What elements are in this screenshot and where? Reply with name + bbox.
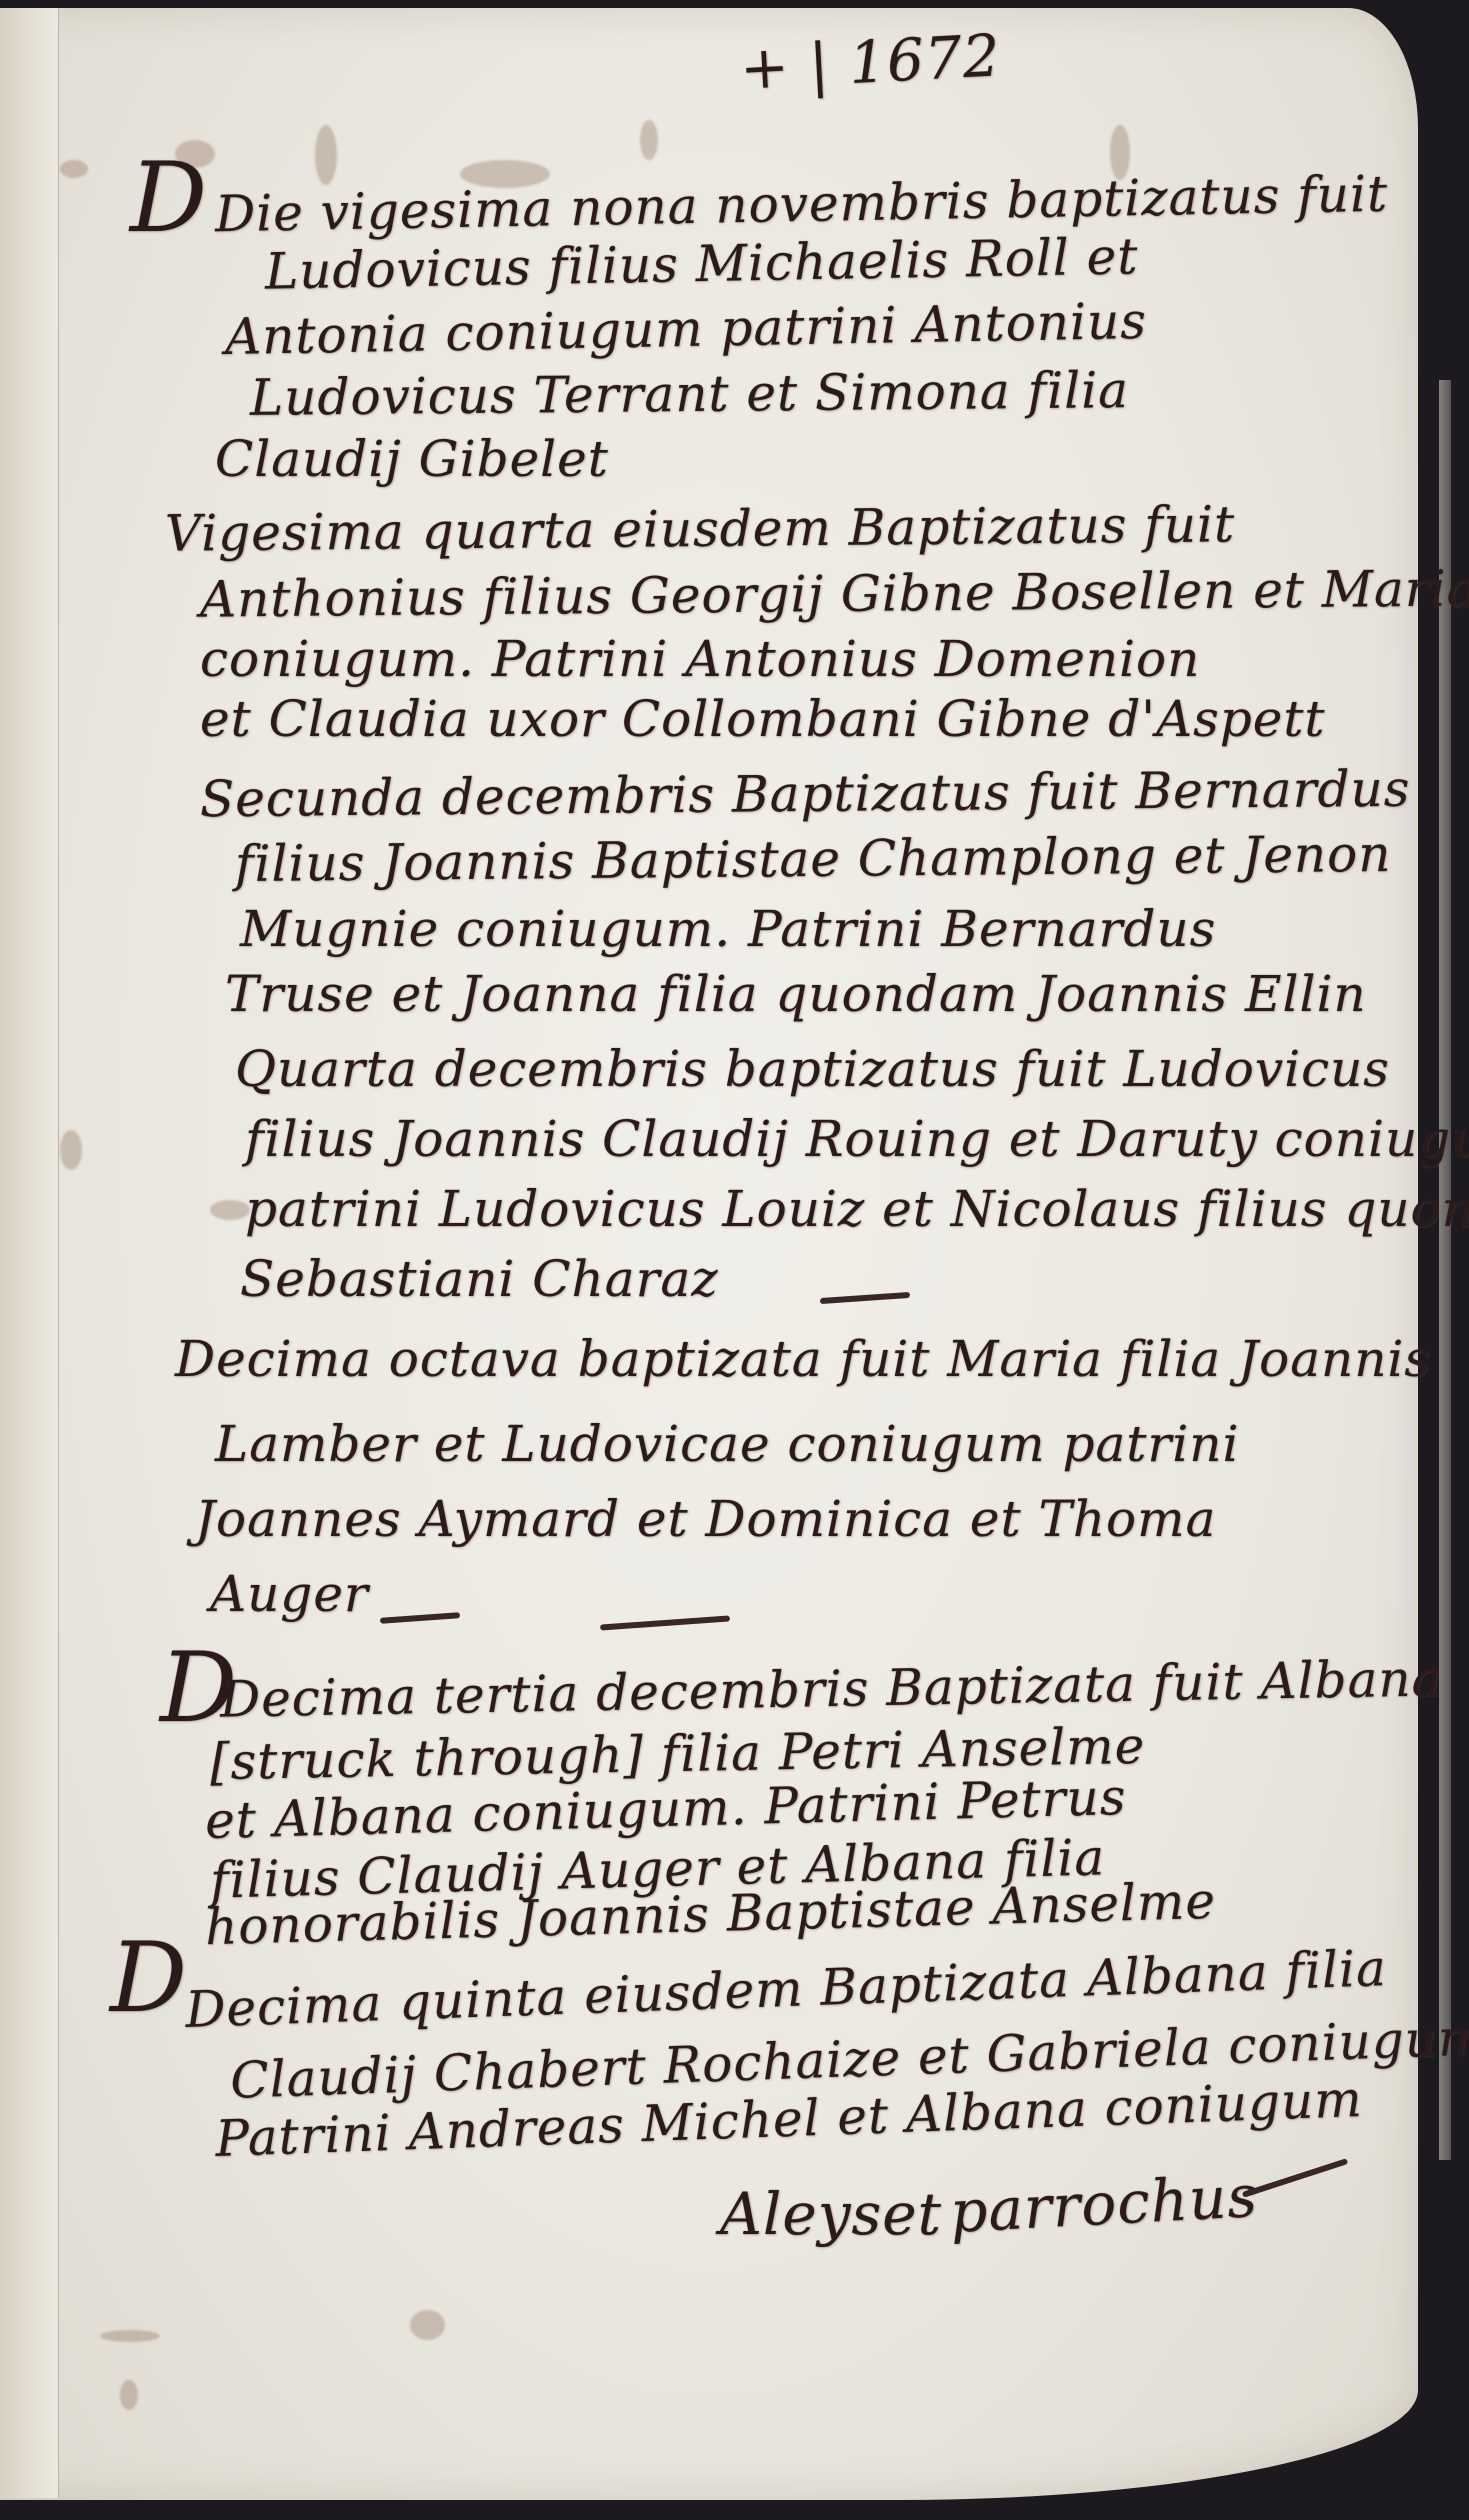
entry-line: coniugum. Patrini Antonius Domenion — [200, 630, 1200, 688]
entry-line: filius Joannis Baptistae Champlong et Je… — [235, 825, 1392, 893]
ink-stain — [60, 160, 88, 178]
entry-line: Decima octava baptizata fuit Maria filia… — [175, 1330, 1431, 1388]
ink-stain — [315, 125, 337, 185]
initial-letter: D — [130, 150, 208, 246]
entry-line: patrini Ludovicus Louiz et Nicolaus fili… — [245, 1180, 1469, 1238]
ink-stain — [640, 120, 658, 160]
entry-line: Lamber et Ludovicae coniugum patrini — [215, 1415, 1239, 1473]
entry-line: Secunda decembris Baptizatus fuit Bernar… — [200, 760, 1411, 829]
entry-line: Mugnie coniugum. Patrini Bernardus — [240, 900, 1216, 958]
entry-line: Quarta decembris baptizatus fuit Ludovic… — [235, 1040, 1390, 1098]
entry-line: Vigesima quarta eiusdem Baptizatus fuit — [165, 495, 1236, 562]
year-text: 1672 — [847, 21, 1002, 97]
ink-stain — [210, 1200, 250, 1220]
ink-stain — [410, 2310, 445, 2340]
entry-line: Sebastiani Charaz — [240, 1250, 719, 1308]
signature-name: Aleyset — [720, 2180, 942, 2248]
entry-line: Anthonius filius Georgij Gibne Bosellen … — [200, 559, 1469, 628]
entry-line: Ludovicus Terrant et Simona filia — [250, 361, 1129, 427]
entry-line: filius Joannis Claudij Rouing et Daruty … — [245, 1110, 1469, 1168]
initial-letter: D — [110, 1930, 188, 2026]
entry-line: Claudij Gibelet — [215, 430, 609, 488]
ink-stain — [120, 2380, 138, 2410]
entry-line: et Claudia uxor Collombani Gibne d'Aspet… — [200, 690, 1326, 748]
page-gutter — [0, 8, 59, 2498]
header-marks: + | — [738, 30, 831, 103]
ink-stain — [60, 1130, 82, 1170]
entry-line: Auger — [210, 1565, 369, 1623]
entry-line: Joannes Aymard et Dominica et Thoma — [195, 1490, 1216, 1548]
ink-stain — [100, 2330, 160, 2342]
page-edge-shadow — [1439, 380, 1451, 2160]
entry-line: Truse et Joanna filia quondam Joannis El… — [225, 965, 1367, 1023]
header-year: + | 1672 — [738, 21, 1002, 103]
